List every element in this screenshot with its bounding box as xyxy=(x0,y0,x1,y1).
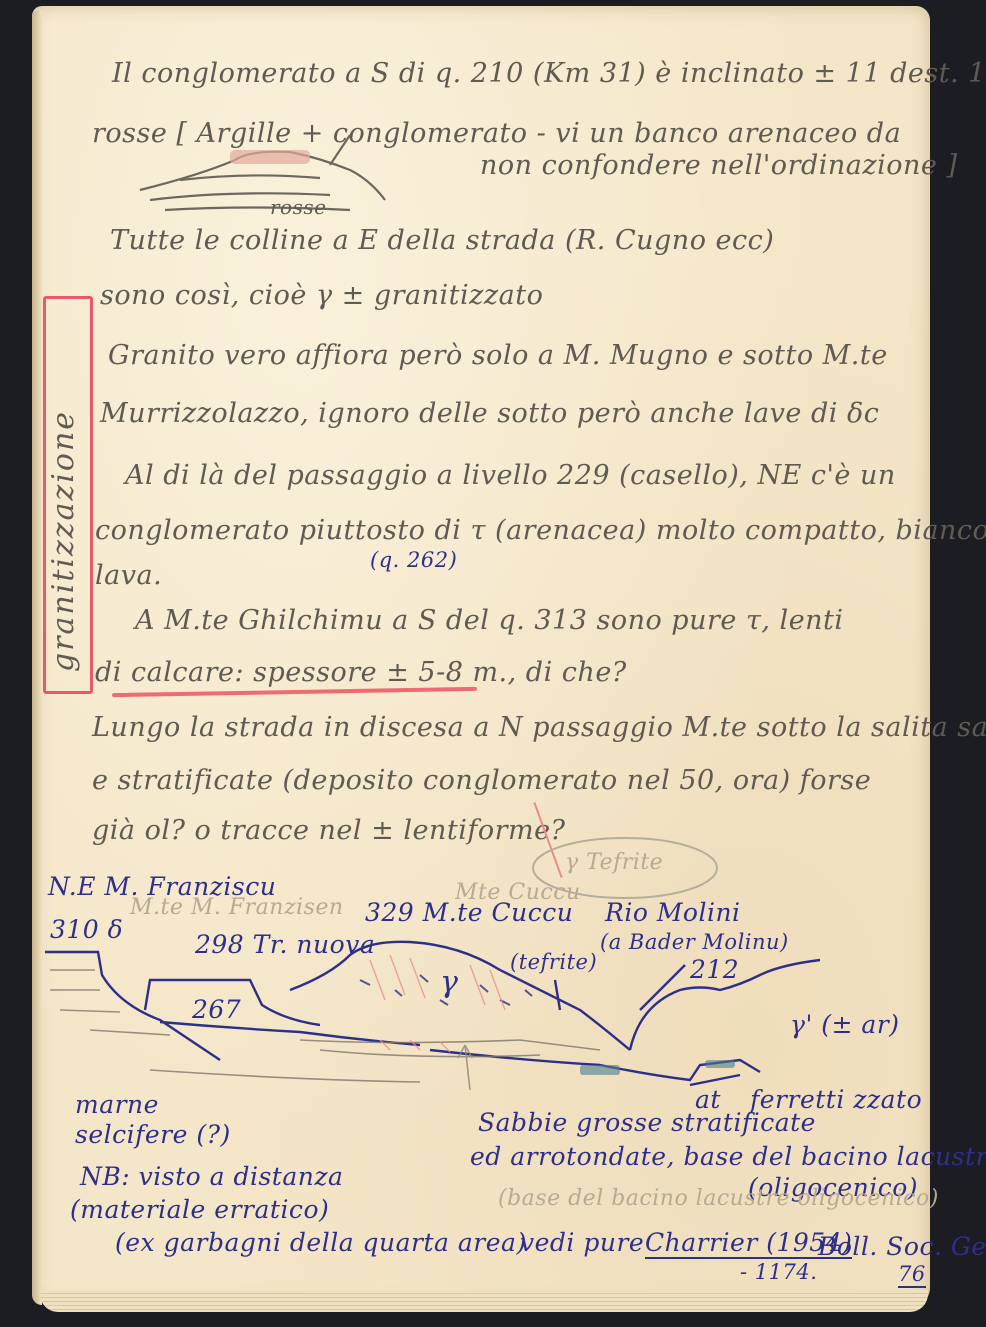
cross-section-pencil-shading xyxy=(50,970,600,1090)
page-number: 76 xyxy=(898,1262,926,1288)
note-ref-page: - 1174. xyxy=(740,1260,817,1284)
label-310: 310 δ xyxy=(50,915,123,944)
note-sabbie-1: Sabbie grosse stratificate xyxy=(478,1108,816,1137)
label-rio: Rio Molini xyxy=(605,898,741,927)
ghost-label-3: γ Tefrite xyxy=(565,850,663,875)
note-selcifere: selcifere (?) xyxy=(75,1120,231,1149)
blue-water-2 xyxy=(705,1060,735,1068)
label-cuccu: 329 M.te Cuccu xyxy=(365,898,573,927)
label-gamma: γ xyxy=(440,965,458,1000)
label-212: 212 xyxy=(690,955,739,984)
note-ref-prefix: vedi pure xyxy=(520,1228,644,1257)
note-marne: marne xyxy=(75,1090,159,1119)
note-nb-2: (materiale erratico) xyxy=(70,1195,329,1224)
label-rio-sub: (a Bader Molinu) xyxy=(600,930,789,954)
hill-caption: rosse xyxy=(270,195,326,219)
note-ref-journal: Boll. Soc. Geol. xyxy=(818,1232,986,1261)
note-sabbie-2: ed arrotondate, base del bacino lacustre xyxy=(470,1142,986,1171)
note-nb-3: (ex garbagni della quarta area) xyxy=(115,1228,527,1257)
label-267: 267 xyxy=(192,995,241,1024)
blue-water xyxy=(580,1065,620,1075)
red-cap xyxy=(230,150,310,164)
note-nb-1: NB: visto a distanza xyxy=(80,1162,343,1191)
hill-sketch-top xyxy=(140,135,385,210)
label-298: 298 Tr. nuova xyxy=(195,930,375,959)
label-tefrite: (tefrite) xyxy=(510,950,597,974)
note-sabbie-ghost: (base del bacino lacustre oligocenico) xyxy=(498,1186,939,1211)
label-gamma-prime: γ' (± ar) xyxy=(790,1010,900,1039)
label-franziscu: N.E M. Franziscu xyxy=(48,872,276,901)
red-hatching xyxy=(370,955,505,1052)
